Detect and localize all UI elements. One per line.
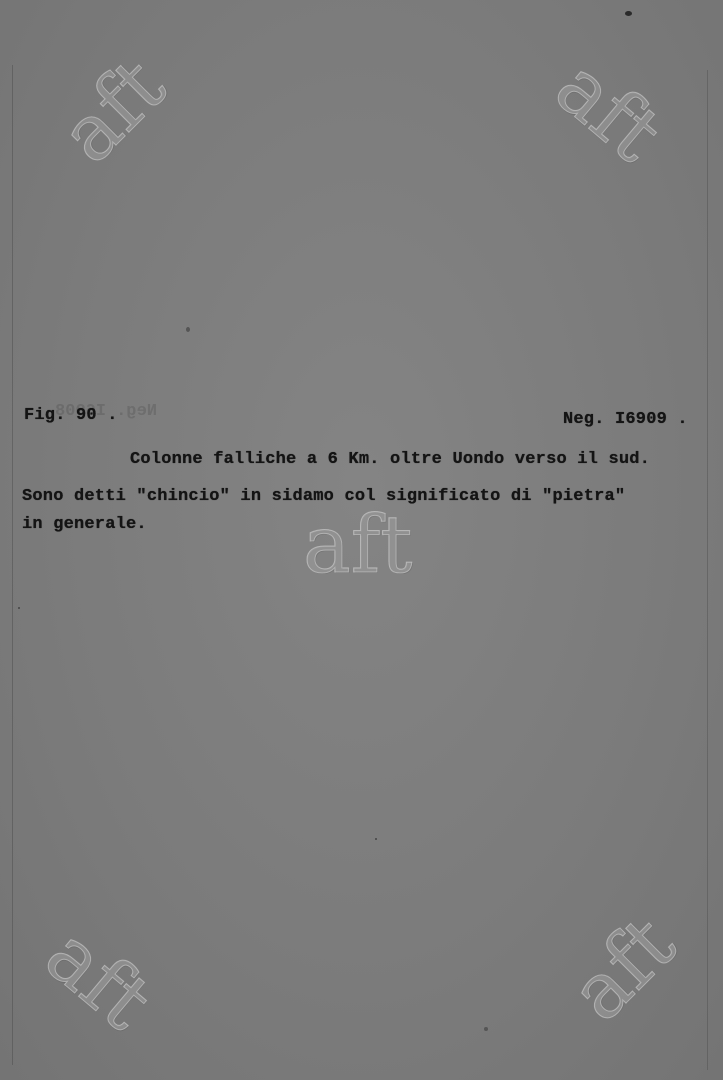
- speck: [18, 607, 20, 609]
- card-left-edge: [12, 65, 13, 1065]
- figure-label: Fig. 90 .: [24, 406, 118, 425]
- negative-number: Neg. I6909 .: [563, 410, 688, 429]
- caption-line-1: Colonne falliche a 6 Km. oltre Uondo ver…: [130, 450, 650, 469]
- speck: [375, 838, 377, 840]
- watermark-center: aft: [303, 505, 412, 585]
- watermark-bottom-left: aft: [32, 915, 164, 1043]
- caption-line-3: in generale.: [22, 515, 147, 534]
- archive-card: aft aft aft aft aft Neg. I6908 Fig. 90 .…: [0, 0, 723, 1080]
- speck: [484, 1027, 488, 1031]
- watermark-top-right: aft: [542, 47, 674, 175]
- card-right-edge: [707, 70, 708, 1070]
- watermark-bottom-right: aft: [558, 904, 689, 1035]
- watermark-top-left: aft: [48, 46, 179, 177]
- speck: [186, 327, 190, 332]
- speck: [625, 11, 632, 16]
- caption-line-2: Sono detti "chincio" in sidamo col signi…: [22, 487, 625, 506]
